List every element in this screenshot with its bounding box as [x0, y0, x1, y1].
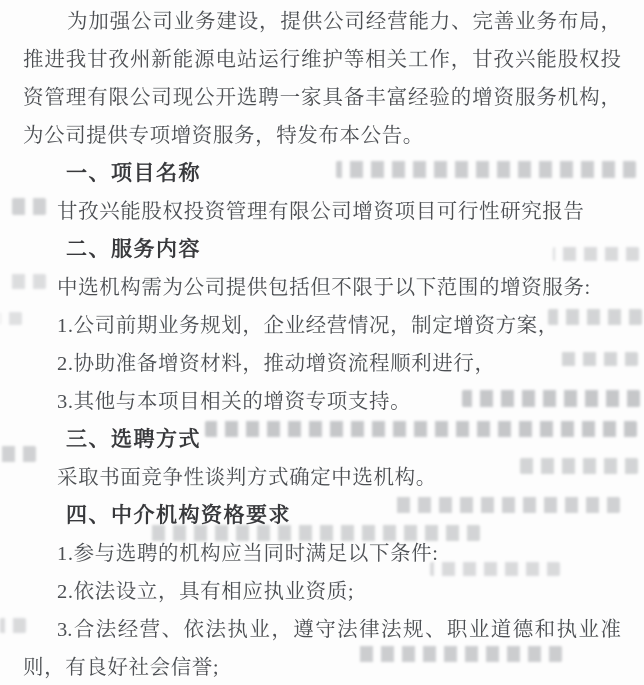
section-heading: 三、选聘方式	[23, 421, 621, 459]
text-line: 3.其他与本项目相关的增资专项支持。	[23, 383, 621, 421]
text-line: 甘孜兴能股权投资管理有限公司增资项目可行性研究报告	[23, 193, 621, 231]
section-heading: 四、中介机构资格要求	[23, 497, 621, 535]
text-line: 1.公司前期业务规划，企业经营情况，制定增资方案，	[23, 307, 621, 345]
document-page: 为加强公司业务建设，提供公司经营能力、完善业务布局，推进我甘孜州新能源电站运行维…	[0, 0, 644, 685]
text-line: 中选机构需为公司提供包括但不限于以下范围的增资服务:	[23, 269, 621, 307]
text-line: 推进我甘孜州新能源电站运行维护等相关工作，甘孜兴能股权投	[23, 41, 621, 79]
text-line: 则，有良好社会信誉;	[23, 649, 621, 685]
text-line: 资管理有限公司现公开选聘一家具备丰富经验的增资服务机构，	[23, 79, 621, 117]
text-line: 3.合法经营、依法执业，遵守法律法规、职业道德和执业准	[23, 611, 621, 649]
text-line: 2.依法设立，具有相应执业资质;	[23, 573, 621, 611]
text-line: 采取书面竞争性谈判方式确定中选机构。	[23, 459, 621, 497]
section-heading: 二、服务内容	[23, 231, 621, 269]
text-line: 为公司提供专项增资服务，特发布本公告。	[23, 117, 621, 155]
section-heading: 一、项目名称	[23, 155, 621, 193]
document-body: 为加强公司业务建设，提供公司经营能力、完善业务布局，推进我甘孜州新能源电站运行维…	[23, 3, 621, 685]
bleed-through-artifact	[0, 312, 22, 325]
text-line: 为加强公司业务建设，提供公司经营能力、完善业务布局，	[23, 3, 621, 41]
text-line: 1.参与选聘的机构应当同时满足以下条件:	[23, 535, 621, 573]
text-line: 2.协助准备增资材料，推动增资流程顺利进行，	[23, 345, 621, 383]
